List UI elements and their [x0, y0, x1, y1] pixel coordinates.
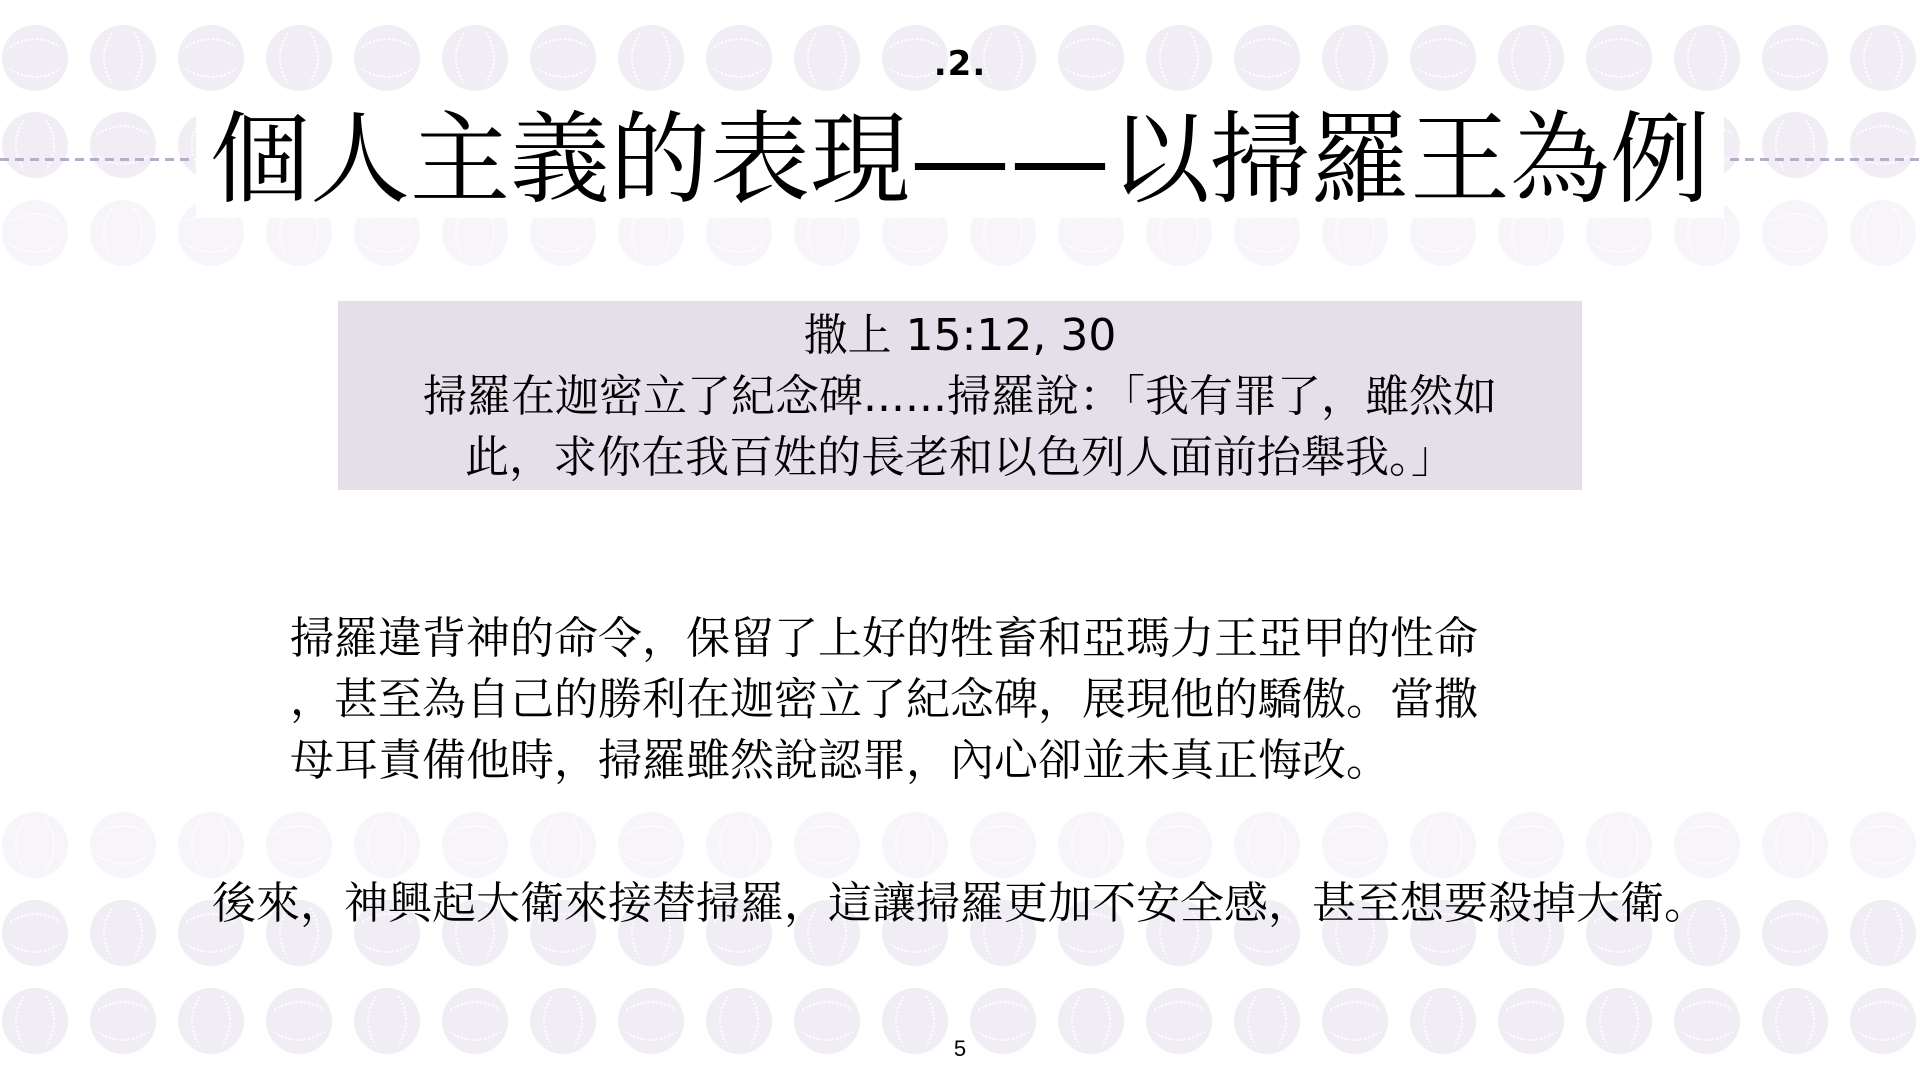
slide-title: 個人主義的表現——以掃羅王為例	[0, 100, 1920, 220]
baseball-icon	[1762, 812, 1828, 878]
slide-title-text: 個人主義的表現——以掃羅王為例	[196, 101, 1724, 218]
baseball-icon	[2, 812, 68, 878]
baseball-icon	[1058, 812, 1124, 878]
baseball-icon	[794, 812, 860, 878]
scripture-box: 撒上 15:12, 30 掃羅在迦密立了紀念碑......掃羅說：「我有罪了，雖…	[338, 301, 1582, 490]
baseball-icon	[1586, 812, 1652, 878]
body-line-2: ，甚至為自己的勝利在迦密立了紀念碑，展現他的驕傲。當撒	[290, 669, 1650, 730]
baseball-icon	[1322, 812, 1388, 878]
baseball-icon	[178, 812, 244, 878]
body-line-1: 掃羅違背神的命令，保留了上好的牲畜和亞瑪力王亞甲的性命	[290, 608, 1650, 669]
baseball-icon	[1850, 812, 1916, 878]
baseball-icon	[1146, 812, 1212, 878]
body-paragraph: 掃羅違背神的命令，保留了上好的牲畜和亞瑪力王亞甲的性命 ，甚至為自己的勝利在迦密…	[290, 608, 1650, 791]
baseball-icon	[90, 812, 156, 878]
baseball-icon	[266, 812, 332, 878]
body-line-3: 母耳責備他時，掃羅雖然說認罪，內心卻並未真正悔改。	[290, 730, 1650, 791]
section-number: .2.	[0, 44, 1920, 84]
closing-statement: 後來，神興起大衛來接替掃羅，這讓掃羅更加不安全感，甚至想要殺掉大衛。	[0, 874, 1920, 934]
baseball-icon	[618, 812, 684, 878]
baseball-icon	[706, 812, 772, 878]
scripture-line-2: 此，求你在我百姓的長老和以色列人面前抬舉我。」	[338, 427, 1582, 488]
baseball-icon	[1498, 812, 1564, 878]
baseball-icon	[442, 812, 508, 878]
scripture-reference: 撒上 15:12, 30	[338, 305, 1582, 366]
baseball-icon	[1674, 812, 1740, 878]
baseball-icon	[1234, 812, 1300, 878]
scripture-line-1: 掃羅在迦密立了紀念碑......掃羅說：「我有罪了，雖然如	[338, 366, 1582, 427]
baseball-icon	[882, 812, 948, 878]
baseball-icon	[970, 812, 1036, 878]
baseball-icon	[530, 812, 596, 878]
baseball-icon	[354, 812, 420, 878]
slide: .2. 個人主義的表現——以掃羅王為例 撒上 15:12, 30 掃羅在迦密立了…	[0, 0, 1920, 1080]
baseball-icon	[1410, 812, 1476, 878]
page-number: 5	[0, 1036, 1920, 1062]
